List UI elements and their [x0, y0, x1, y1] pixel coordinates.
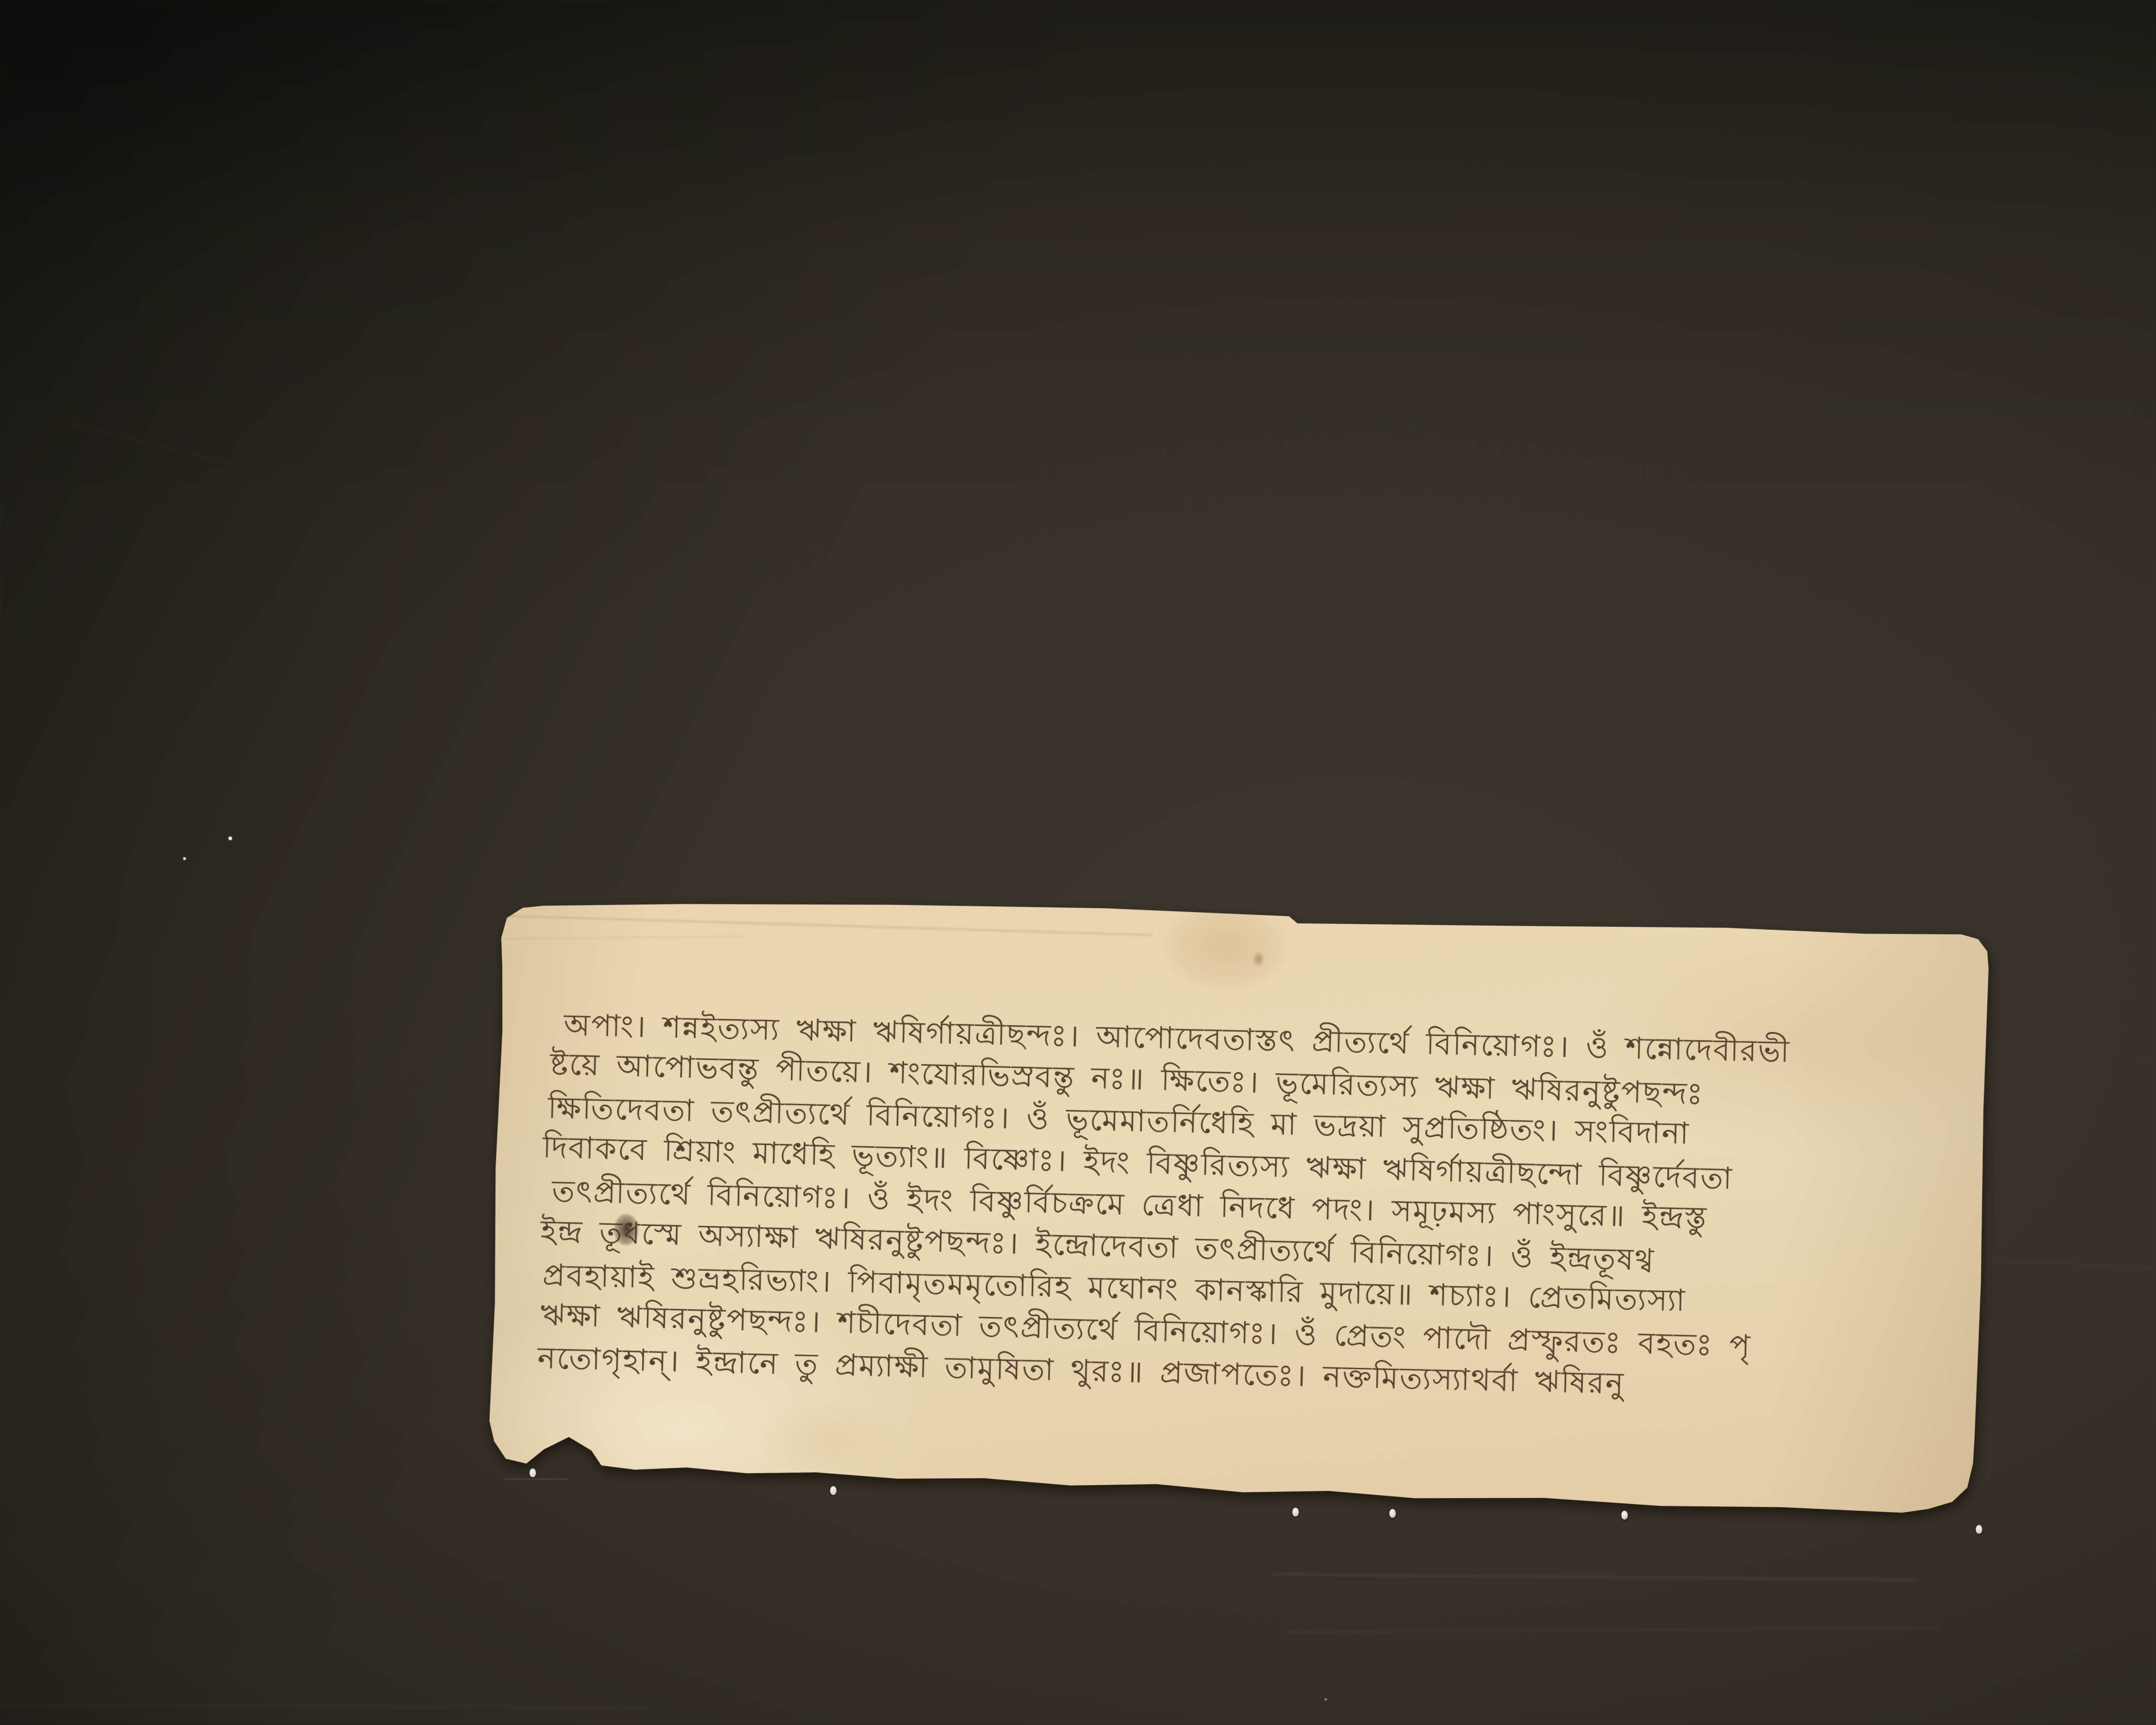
manuscript-text-block: অপাং। শন্নইত্যস্য ঋক্ষা ঋষির্গায়ত্রীছন্…	[488, 893, 1990, 1520]
paper-surface: অপাং। শন্নইত্যস্য ঋক্ষা ঋষির্গায়ত্রীছন্…	[488, 893, 1990, 1520]
mounting-pin	[1976, 1525, 1982, 1534]
mounting-pin	[1389, 1509, 1396, 1518]
mounting-pin	[1292, 1508, 1299, 1517]
board-scratch	[67, 422, 243, 467]
board-scratch	[1285, 1627, 1940, 1633]
board-scratch	[0, 1704, 647, 1708]
mounting-pin	[1621, 1511, 1628, 1520]
board-scratch	[1272, 1573, 1919, 1581]
dust-speck	[183, 857, 186, 860]
board-scratch	[2140, 992, 2156, 1063]
dust-speck	[1325, 1698, 1327, 1700]
dust-speck	[229, 837, 232, 840]
manuscript-page: অপাং। শন্নইত্যস্য ঋক্ষা ঋষির্গায়ত্রীছন্…	[488, 893, 1990, 1520]
photo-backdrop: { "scene": { "description": "Photograph …	[0, 0, 2156, 1725]
